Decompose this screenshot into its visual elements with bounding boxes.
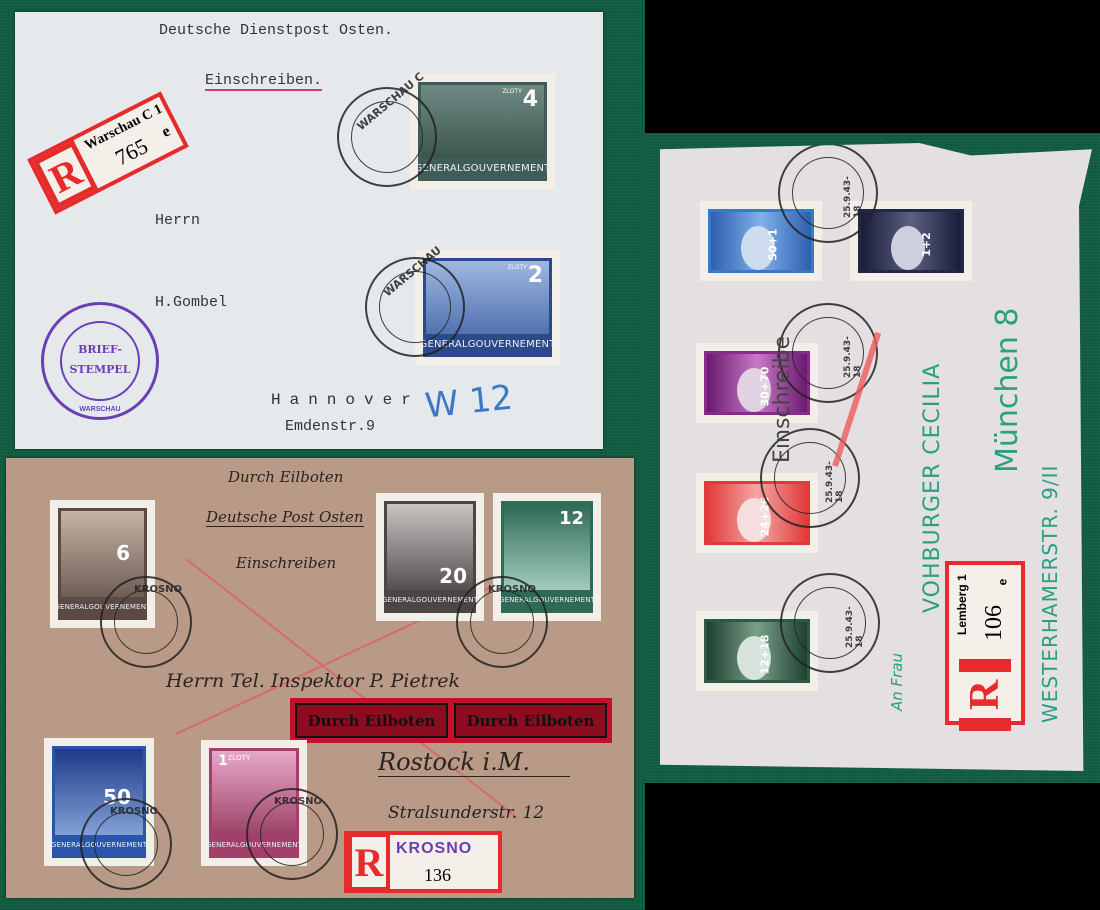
stamp-value: 6	[116, 541, 130, 565]
postmark: KROSNO	[246, 788, 338, 880]
express-label: Durch Eilboten	[454, 703, 607, 738]
handwritten-line: Einschreiben	[236, 554, 336, 572]
stamp-value: 20	[439, 564, 467, 588]
cover-lemberg: 50+1 1+2 30+70 24+26 12+18 25.9.43-18 25…	[660, 143, 1092, 771]
recipient-prefix: An Frau	[888, 491, 906, 711]
postmark: KROSNO	[456, 576, 548, 668]
cachet-line1: BRIEF-	[44, 343, 156, 356]
pencil-note: W 12	[423, 378, 514, 427]
city: Hannover	[271, 391, 420, 409]
registration-suffix: e	[995, 579, 1009, 586]
registration-number: 136	[424, 865, 451, 886]
recipient-name: VOHBURGER CECILIA	[920, 313, 945, 613]
postmark-date: 25.9.43-18	[843, 332, 863, 378]
recipient-name: H.Gombel	[155, 294, 227, 311]
cachet-line2: STEMPEL	[44, 363, 156, 376]
service-note: Einschreibe	[770, 263, 795, 463]
postmark: 25.9.43-18	[778, 143, 878, 243]
registration-office: Lemberg 1	[955, 535, 969, 635]
stamp-value: 12+18	[759, 635, 772, 675]
postmark: WARSCHAU	[365, 257, 465, 357]
registration-r-icon: R	[957, 672, 1013, 718]
registration-label: R Warschau C 1 765 e	[27, 91, 189, 214]
stamp-value: 50+1	[766, 228, 779, 260]
city: Rostock i.M.	[378, 748, 570, 777]
handwritten-line: Deutsche Post Osten	[206, 508, 364, 527]
postmark-text: KROSNO	[110, 806, 158, 817]
city: München 8	[990, 173, 1025, 473]
header-text: Deutsche Dienstpost Osten.	[159, 22, 393, 39]
express-labels: Durch Eilboten Durch Eilboten	[290, 698, 612, 743]
stamp-value: 12	[559, 508, 584, 529]
street: Emdenstr.9	[285, 418, 375, 435]
handwritten-line: Durch Eilboten	[228, 468, 343, 486]
postmark-date: 25.9.43-18	[845, 602, 865, 648]
postmark: WARSCHAU C	[337, 87, 437, 187]
street: Stralsunderstr. 12	[388, 803, 544, 823]
cachet-bottom-text: WARSCHAU	[44, 406, 156, 413]
salutation: Herrn	[155, 212, 200, 229]
registration-label: R Lemberg 1 106 e	[945, 561, 1025, 725]
cover-warschau: Deutsche Dienstpost Osten. Einschreiben.…	[15, 12, 603, 449]
stamp-currency: ZLOTY	[508, 265, 527, 271]
stamp-currency: ZLOTY	[503, 89, 522, 95]
service-note: Einschreiben.	[205, 72, 322, 91]
stamp-value: 1	[218, 753, 228, 769]
registration-suffix: e	[159, 123, 174, 142]
express-label: Durch Eilboten	[295, 703, 448, 738]
postmark-text: KROSNO	[134, 584, 182, 595]
postmark-text: KROSNO	[488, 584, 536, 595]
stamp-value: 2	[528, 263, 543, 288]
stamp-value: 1+2	[920, 232, 933, 257]
postmark-text: KROSNO	[274, 796, 322, 807]
registration-office: KROSNO	[396, 840, 472, 858]
stamp-value: 4	[523, 87, 538, 112]
recipient-line: Herrn Tel. Inspektor P. Pietrek	[166, 670, 460, 692]
postmark: 25.9.43-18	[780, 573, 880, 673]
postmark: KROSNO	[80, 798, 172, 890]
postmark-date: 25.9.43-18	[843, 172, 863, 218]
postmark: KROSNO	[100, 576, 192, 668]
street: WESTERHAMERSTR. 9/II	[1038, 393, 1062, 723]
stamp-currency: ZLOTY	[228, 755, 251, 762]
stamp-inscription: GENERALGOUVERNEMENT	[421, 158, 544, 178]
railway-cachet: BRIEF- STEMPEL WARSCHAU	[41, 302, 159, 420]
cover-krosno: Durch Eilboten Deutsche Post Osten Einsc…	[6, 458, 634, 898]
registration-label: R KROSNO 136	[344, 831, 502, 893]
registration-r-icon: R	[352, 837, 386, 887]
